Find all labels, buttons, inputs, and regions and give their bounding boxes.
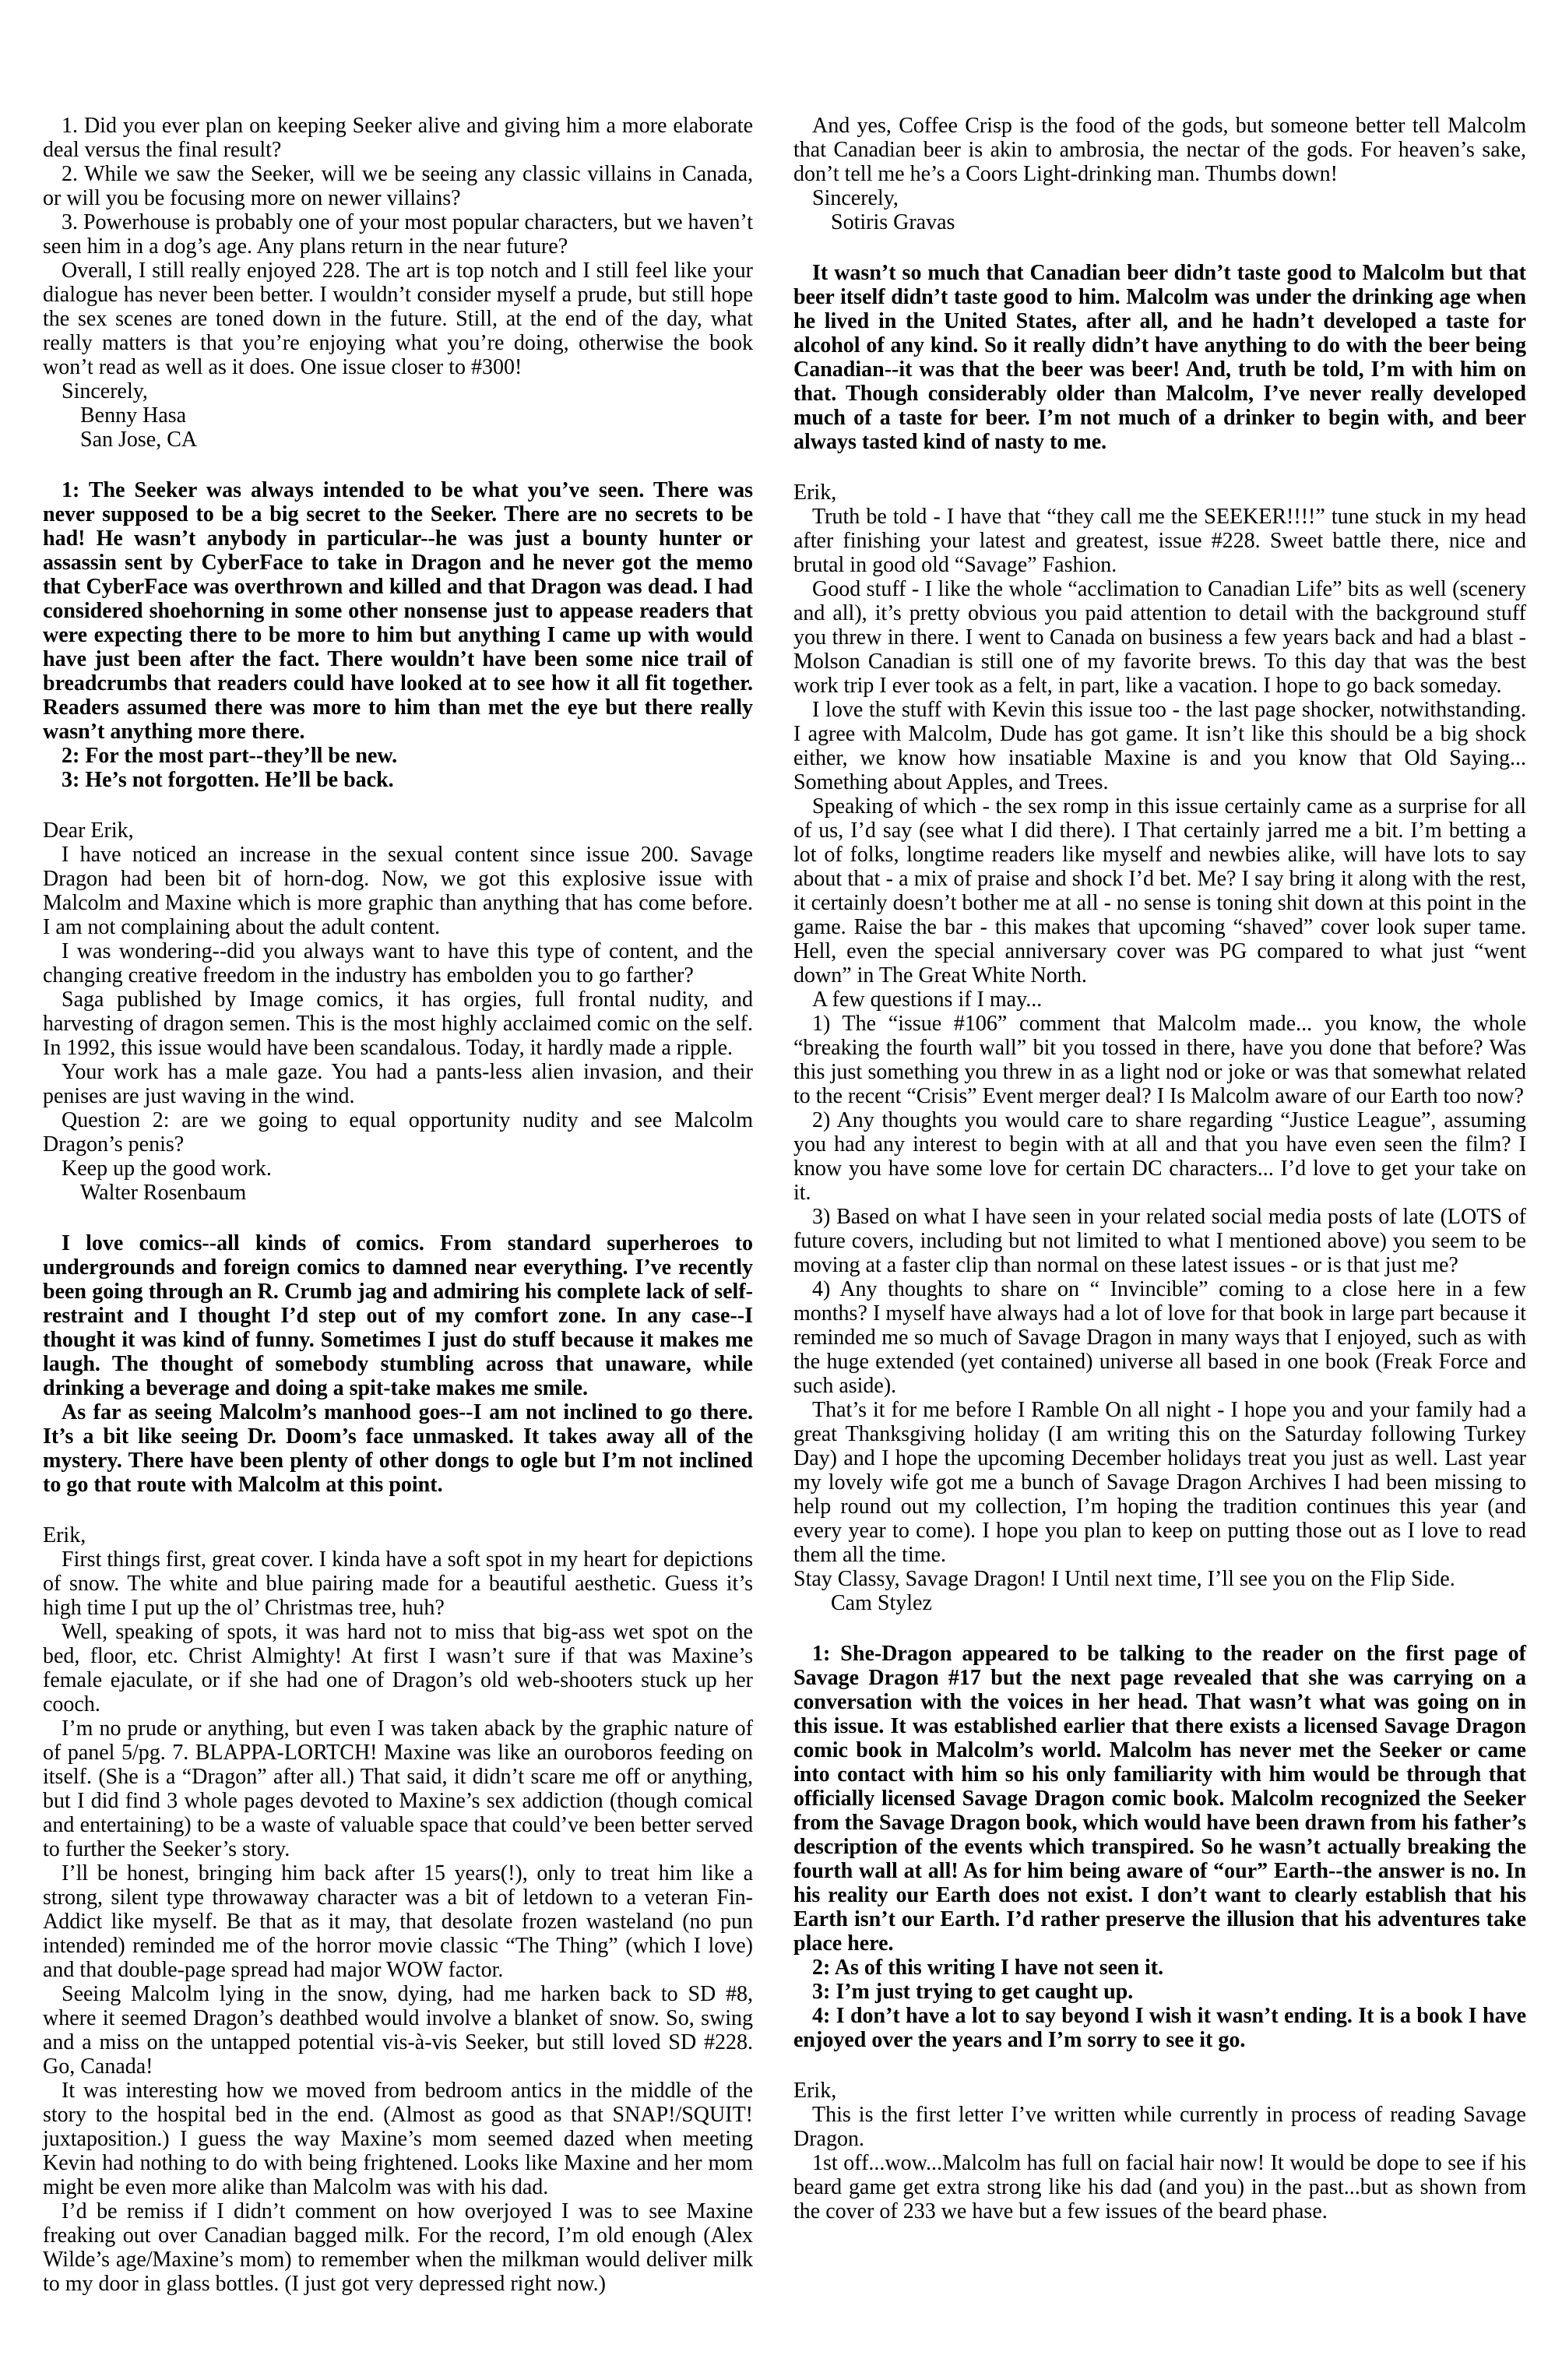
letter-paragraph: I’d be remiss if I didn’t comment on how…	[43, 2199, 753, 2296]
letter-paragraph: I love the stuff with Kevin this issue t…	[793, 698, 1526, 794]
letter-paragraph: I have noticed an increase in the sexual…	[43, 843, 753, 939]
letter-greeting: Erik,	[43, 1523, 753, 1547]
letter-greeting: Dear Erik,	[43, 819, 753, 843]
editor-reply-paragraph: 3: He’s not forgotten. He’ll be back.	[43, 768, 753, 792]
letters-column-left: 1. Did you ever plan on keeping Seeker a…	[43, 114, 753, 2349]
letter-paragraph: Seeing Malcolm lying in the snow, dying,…	[43, 1982, 753, 2079]
letter-signature: Sotiris Gravas	[793, 210, 1526, 234]
letter-paragraph: 1. Did you ever plan on keeping Seeker a…	[43, 114, 753, 162]
letter-paragraph: 3) Based on what I have seen in your rel…	[793, 1205, 1526, 1277]
letter-paragraph: Keep up the good work.	[43, 1157, 753, 1181]
editor-reply-paragraph: As far as seeing Malcolm’s manhood goes-…	[43, 1400, 753, 1497]
letter-paragraph: 1st off...wow...Malcolm has full on faci…	[793, 2151, 1526, 2223]
editor-reply-paragraph: 4: I don’t have a lot to say beyond I wi…	[793, 2004, 1526, 2052]
letter-paragraph: Your work has a male gaze. You had a pan…	[43, 1060, 753, 1108]
editor-reply-paragraph: It wasn’t so much that Canadian beer did…	[793, 261, 1526, 454]
letters-page: 1. Did you ever plan on keeping Seeker a…	[0, 0, 1548, 2380]
letter-paragraph: I’ll be honest, bringing him back after …	[43, 1861, 753, 1982]
editor-reply-paragraph: I love comics--all kinds of comics. From…	[43, 1231, 753, 1400]
letter-signature: Cam Stylez	[793, 1591, 1526, 1615]
letter-paragraph: A few questions if I may...	[793, 988, 1526, 1012]
letter-paragraph: Speaking of which - the sex romp in this…	[793, 794, 1526, 988]
letter-paragraph: Saga published by Image comics, it has o…	[43, 988, 753, 1060]
letter-greeting: Erik,	[793, 2079, 1526, 2103]
letters-column-right: And yes, Coffee Crisp is the food of the…	[793, 114, 1526, 2349]
letter-paragraph: 2) Any thoughts you would care to share …	[793, 1108, 1526, 1205]
editor-reply-paragraph: 3: I’m just trying to get caught up.	[793, 1980, 1526, 2004]
letter-paragraph: And yes, Coffee Crisp is the food of the…	[793, 114, 1526, 186]
editor-reply-paragraph: 1: She-Dragon appeared to be talking to …	[793, 1642, 1526, 1956]
letter-paragraph: 1) The “issue #106” comment that Malcolm…	[793, 1012, 1526, 1108]
letter-paragraph: Question 2: are we going to equal opport…	[43, 1108, 753, 1157]
letter-signature: San Jose, CA	[43, 428, 753, 452]
letter-paragraph: This is the first letter I’ve written wh…	[793, 2103, 1526, 2151]
letter-paragraph: It was interesting how we moved from bed…	[43, 2079, 753, 2199]
letter-paragraph: I’m no prude or anything, but even I was…	[43, 1716, 753, 1861]
letter-signature: Benny Hasa	[43, 403, 753, 428]
letter-paragraph: 3. Powerhouse is probably one of your mo…	[43, 210, 753, 259]
letter-paragraph: 2. While we saw the Seeker, will we be s…	[43, 162, 753, 210]
letter-paragraph: I was wondering--did you always want to …	[43, 939, 753, 988]
letter-paragraph: That’s it for me before I Ramble On all …	[793, 1398, 1526, 1567]
letter-paragraph: Sincerely,	[43, 379, 753, 403]
letter-paragraph: Stay Classy, Savage Dragon! I Until next…	[793, 1567, 1526, 1591]
editor-reply-paragraph: 2: For the most part--they’ll be new.	[43, 744, 753, 768]
editor-reply-paragraph: 2: As of this writing I have not seen it…	[793, 1956, 1526, 1980]
letter-paragraph: Sincerely,	[793, 186, 1526, 210]
letter-paragraph: 4) Any thoughts to share on “ Invincible…	[793, 1277, 1526, 1398]
letter-paragraph: Well, speaking of spots, it was hard not…	[43, 1620, 753, 1716]
letter-paragraph: First things first, great cover. I kinda…	[43, 1547, 753, 1620]
letter-greeting: Erik,	[793, 481, 1526, 505]
letter-paragraph: Truth be told - I have that “they call m…	[793, 505, 1526, 577]
letter-signature: Walter Rosenbaum	[43, 1181, 753, 1205]
editor-reply-paragraph: 1: The Seeker was always intended to be …	[43, 478, 753, 744]
letter-paragraph: Overall, I still really enjoyed 228. The…	[43, 259, 753, 379]
letter-paragraph: Good stuff - I like the whole “acclimati…	[793, 577, 1526, 698]
